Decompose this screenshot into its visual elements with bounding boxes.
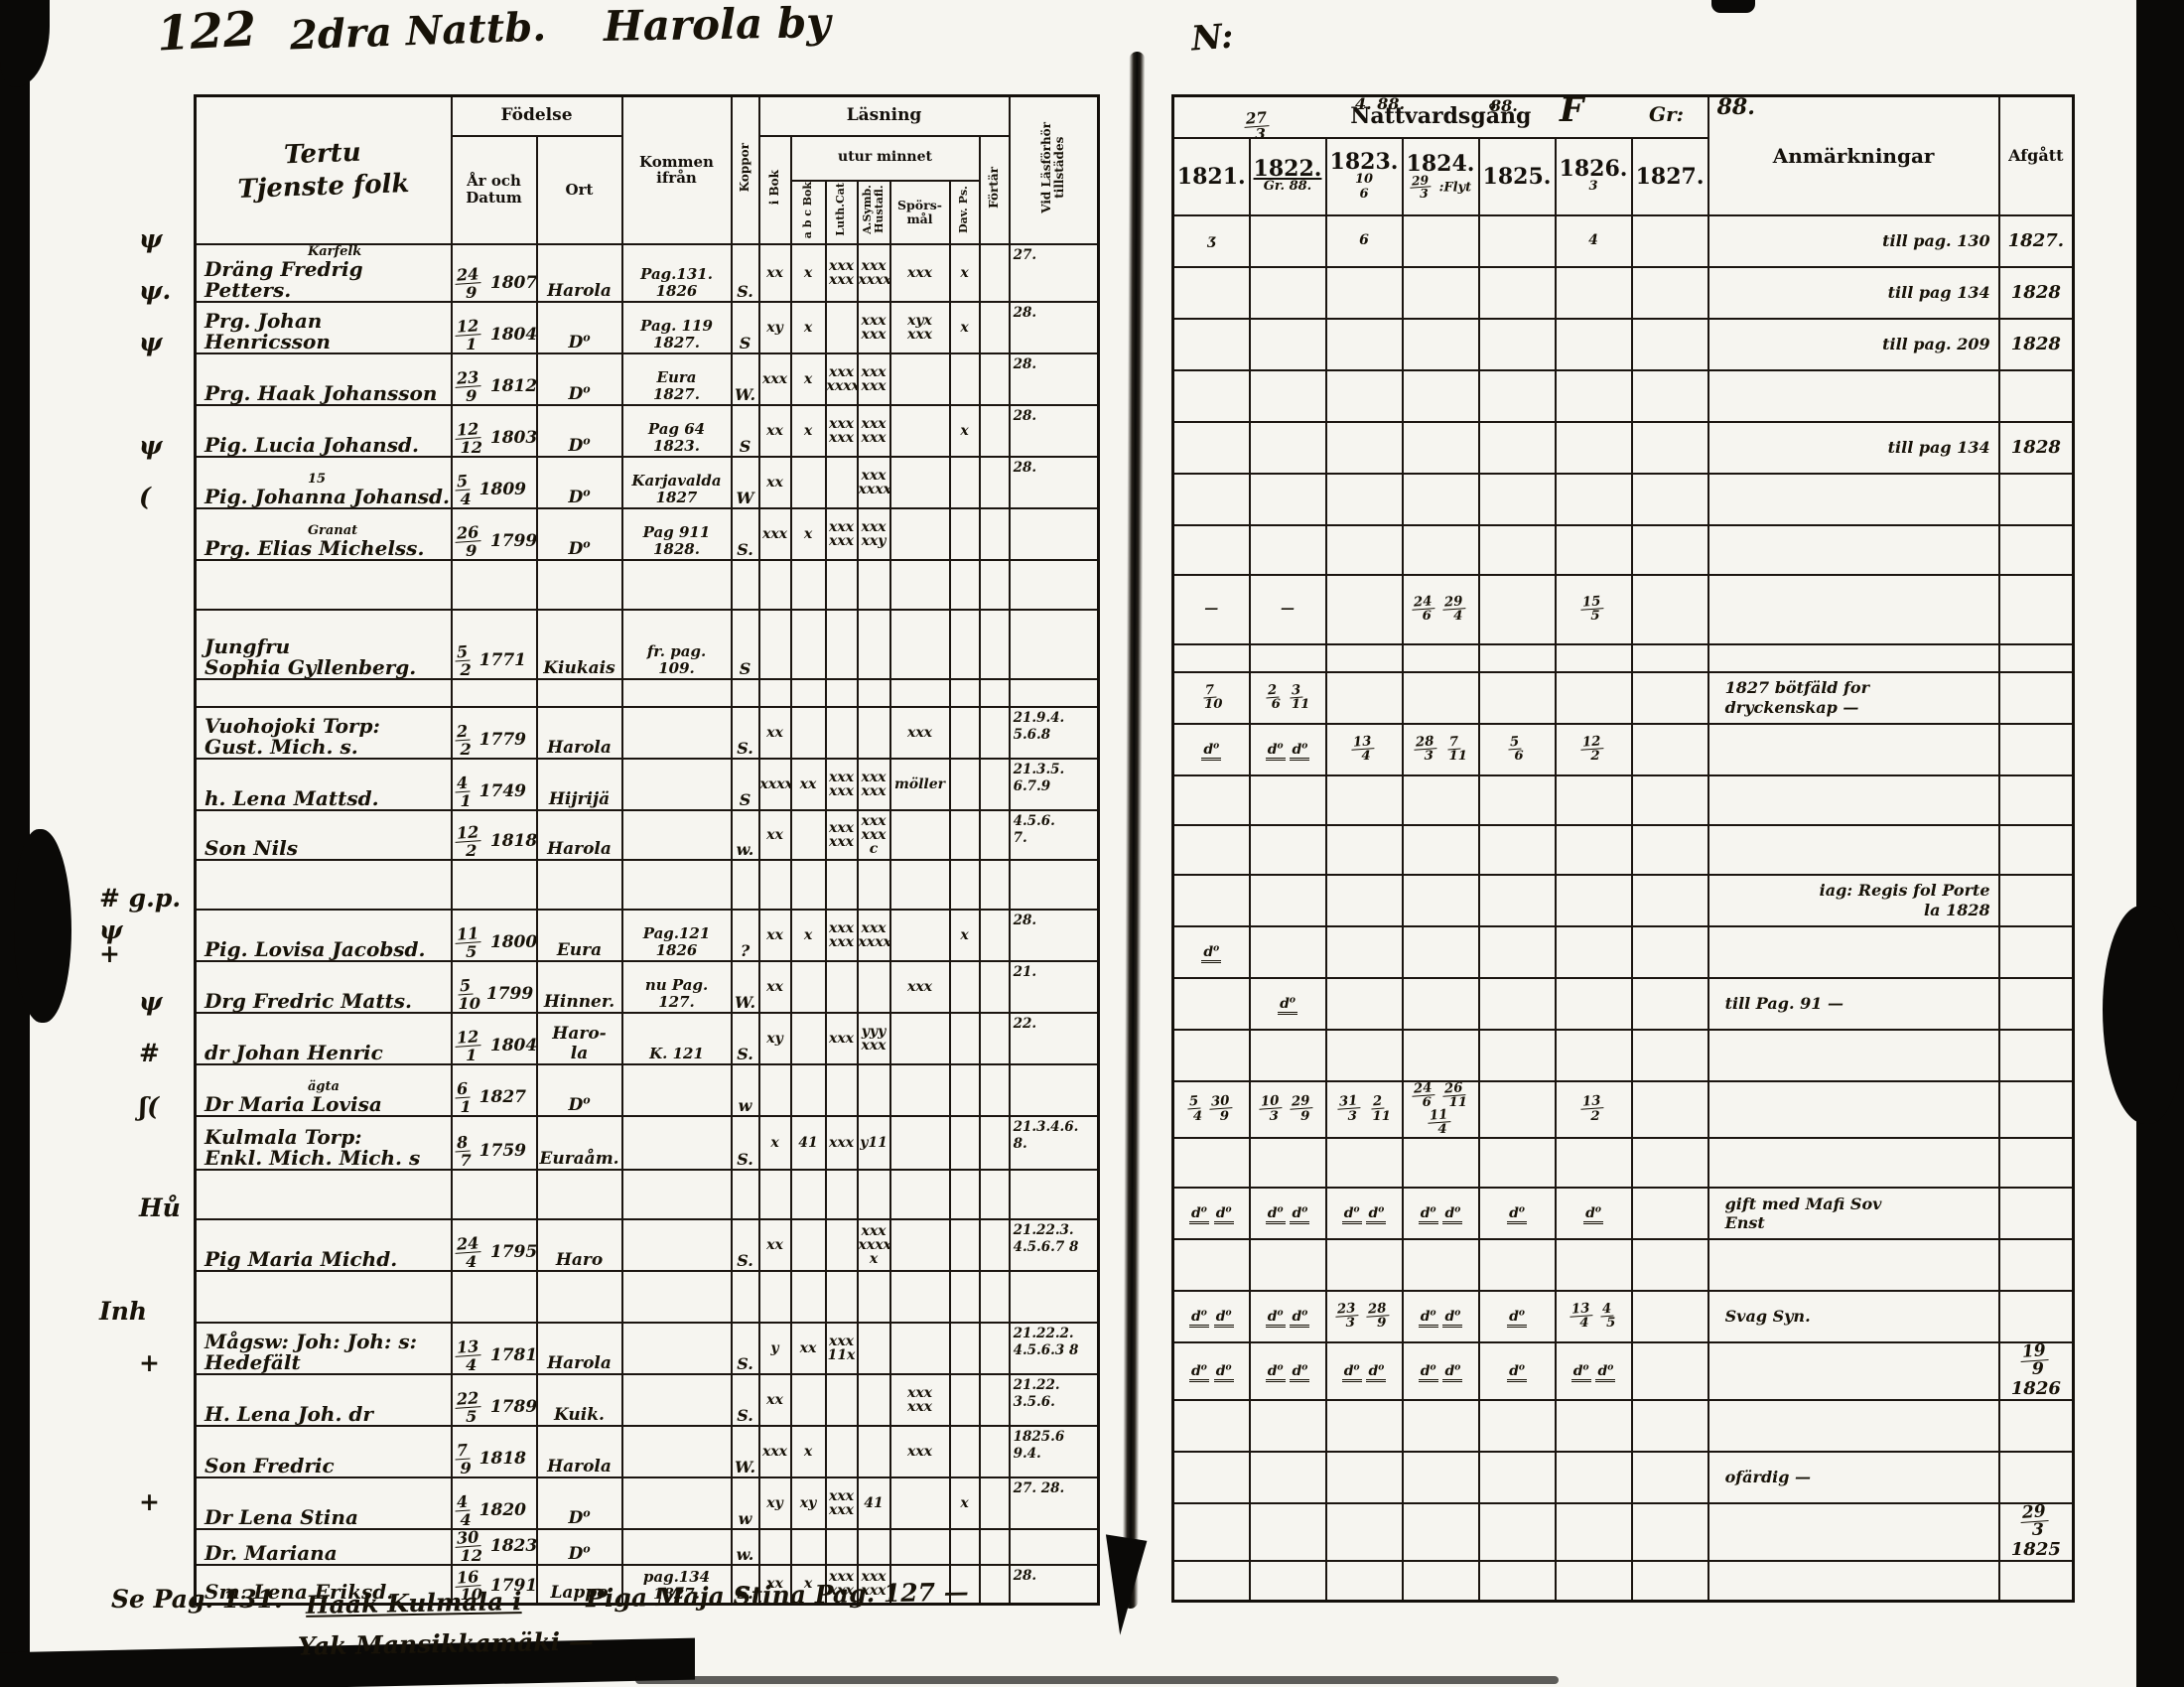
cell-communion-1824: [1403, 672, 1479, 724]
cell-abc-book: [791, 457, 826, 508]
cell-read-in-book: [759, 679, 791, 707]
cell-remark: [1708, 525, 1999, 575]
cell-davids-psalms: [950, 1374, 980, 1426]
cell-origin: Harola: [537, 1323, 622, 1374]
cell-communion-1826: 134 45: [1556, 1291, 1632, 1342]
cell-remark: [1708, 1342, 1999, 1400]
cell-questions: [890, 810, 950, 860]
cell-symbolum: yyyxxx: [858, 1013, 890, 1064]
table-row: do: [1173, 926, 2074, 978]
place-header: Ort: [537, 136, 622, 244]
table-row: [1173, 775, 2074, 825]
margin-mark: +: [139, 1351, 160, 1375]
cell-remark: [1708, 724, 1999, 775]
cell-came-from: [622, 679, 732, 707]
cell-came-from: [622, 1064, 732, 1116]
cell-communion-1827: [1632, 575, 1708, 644]
cell-communion-1823: [1326, 1503, 1403, 1561]
cell-came-from: [622, 1323, 732, 1374]
cell-read-in-book: xx: [759, 1374, 791, 1426]
cell-communion-1824: 246 294: [1403, 575, 1479, 644]
cell-read-in-book: xy: [759, 302, 791, 353]
cell-came-from: [622, 1116, 732, 1170]
cell-remark: [1708, 575, 1999, 644]
left-page-table: Tertu Tjenste folk Födelse Kommen ifrån …: [194, 94, 1097, 1568]
cell-came-from: [622, 1170, 732, 1219]
cell-abc-book: xx: [791, 1323, 826, 1374]
cell-departed: 199 1826: [1999, 1342, 2074, 1400]
cell-communion-1826: [1556, 775, 1632, 825]
cell-luther-cat: xxxxxx: [826, 405, 858, 457]
cell-name: Vuohojoki Torp:Gust. Mich. s.: [196, 707, 452, 759]
cell-davids-psalms: [950, 1271, 980, 1323]
cell-communion-1824: [1403, 875, 1479, 926]
cell-attendance: 28.: [1010, 302, 1099, 353]
cell-fortar: [980, 1477, 1010, 1529]
cell-fortar: [980, 1064, 1010, 1116]
table-row: dotill Pag. 91 —: [1173, 978, 2074, 1030]
cell-origin: Harola: [537, 244, 622, 302]
cell-departed: [1999, 1081, 2074, 1138]
cell-attendance: 21.22.3.5.6.: [1010, 1374, 1099, 1426]
by-heart-header: utur minnet: [791, 136, 980, 181]
cell-communion-1827: [1632, 1030, 1708, 1081]
cell-fortar: [980, 1116, 1010, 1170]
margin-mark: ψ: [139, 990, 163, 1014]
cell-birthdate: 54 1809: [452, 457, 537, 508]
cell-read-in-book: xy: [759, 1477, 791, 1529]
cell-luther-cat: xxxxxx: [826, 508, 858, 560]
cell-smallpox: W: [732, 457, 759, 508]
cell-read-in-book: xx: [759, 244, 791, 302]
cell-symbolum: [858, 707, 890, 759]
cell-smallpox: w: [732, 1064, 759, 1116]
table-row: [1173, 1239, 2074, 1291]
cell-departed: [1999, 370, 2074, 422]
cell-communion-1822: do: [1250, 978, 1326, 1030]
cell-communion-1823: [1326, 1239, 1403, 1291]
cell-communion-1826: [1556, 267, 1632, 319]
cell-communion-1822: [1250, 1138, 1326, 1188]
cell-name: [196, 860, 452, 910]
cell-communion-1822: 26 311: [1250, 672, 1326, 724]
cell-communion-1822: [1250, 422, 1326, 474]
cell-communion-1826: 132: [1556, 1081, 1632, 1138]
cell-came-from: [622, 560, 732, 610]
cell-luther-cat: [826, 1170, 858, 1219]
cell-attendance: [1010, 610, 1099, 679]
table-row: Prg. Haak Johansson239 1812DoEura1827.W.…: [196, 353, 1099, 405]
cell-symbolum: [858, 1374, 890, 1426]
cell-communion-1826: [1556, 370, 1632, 422]
scribble-script_f: F: [1560, 96, 1583, 130]
cell-fortar: [980, 961, 1010, 1013]
cell-read-in-book: xxx: [759, 1426, 791, 1477]
cell-attendance: 21.3.5.6.7.9: [1010, 759, 1099, 810]
cell-communion-1823: [1326, 525, 1403, 575]
cell-questions: xxxxxx: [890, 1374, 950, 1426]
cell-communion-1825: [1479, 267, 1556, 319]
cell-name: Kulmala Torp:Enkl. Mich. Mich. s: [196, 1116, 452, 1170]
cell-davids-psalms: [950, 1426, 980, 1477]
cell-fortar: [980, 810, 1010, 860]
cell-departed: [1999, 1452, 2074, 1503]
table-row: ägtaDr Maria Lovisa61 1827Dow: [196, 1064, 1099, 1116]
cell-came-from: [622, 1426, 732, 1477]
cell-communion-1826: [1556, 1400, 1632, 1452]
cell-communion-1825: [1479, 1400, 1556, 1452]
cell-communion-1826: [1556, 672, 1632, 724]
cell-name: Dr. Mariana: [196, 1529, 452, 1565]
cell-communion-1826: [1556, 1561, 1632, 1601]
book-fold-gutter: [1123, 52, 1146, 1609]
cell-communion-1824: [1403, 525, 1479, 575]
scan-top-mark: [1711, 0, 1755, 13]
cell-origin: Kiukais: [537, 610, 622, 679]
table-row: [1173, 1400, 2074, 1452]
cell-davids-psalms: x: [950, 1477, 980, 1529]
cell-communion-1822: [1250, 370, 1326, 422]
cell-luther-cat: xxx: [826, 1116, 858, 1170]
cell-birthdate: 121 1804: [452, 1013, 537, 1064]
cell-abc-book: x: [791, 353, 826, 405]
abc-book-header: a b c Bok: [791, 181, 826, 244]
cell-origin: Do: [537, 405, 622, 457]
household-examination-table: Tertu Tjenste folk Födelse Kommen ifrån …: [194, 94, 1100, 1606]
cell-remark: till pag. 209: [1708, 319, 1999, 370]
cell-birthdate: 115 1800: [452, 910, 537, 961]
cell-luther-cat: [826, 1529, 858, 1565]
cell-communion-1825: [1479, 575, 1556, 644]
year-date-header: År och Datum: [452, 136, 537, 244]
cell-communion-1822: [1250, 1503, 1326, 1561]
table-row: do dodo do233 289do dodo134 45Svag Syn.: [1173, 1291, 2074, 1342]
cell-abc-book: [791, 707, 826, 759]
margin-mark: ψ +: [99, 918, 123, 966]
cell-communion-1821: [1173, 1452, 1250, 1503]
cell-came-from: [622, 759, 732, 810]
cell-read-in-book: xxx: [759, 508, 791, 560]
cell-communion-1827: [1632, 978, 1708, 1030]
cell-read-in-book: xx: [759, 457, 791, 508]
cell-read-in-book: [759, 560, 791, 610]
cell-birthdate: [452, 679, 537, 707]
margin-mark: ψ.: [139, 279, 171, 303]
cell-birthdate: [452, 1170, 537, 1219]
cell-smallpox: [732, 1271, 759, 1323]
cell-abc-book: [791, 1219, 826, 1271]
cell-origin: [537, 560, 622, 610]
cell-remark: [1708, 644, 1999, 672]
cell-luther-cat: xxx: [826, 1013, 858, 1064]
cell-origin: Kuik.: [537, 1374, 622, 1426]
cell-questions: [890, 1219, 950, 1271]
cell-communion-1823: do do: [1326, 1188, 1403, 1239]
cell-departed: [1999, 875, 2074, 926]
cell-symbolum: xxxxxx: [858, 759, 890, 810]
cell-communion-1827: [1632, 1291, 1708, 1342]
cell-departed: [1999, 1561, 2074, 1601]
cell-communion-1827: [1632, 1561, 1708, 1601]
cell-departed: [1999, 672, 2074, 724]
cell-communion-1825: [1479, 215, 1556, 267]
cell-luther-cat: xxxxxx: [826, 1477, 858, 1529]
cell-name: Son Fredric: [196, 1426, 452, 1477]
cell-attendance: 28.: [1010, 353, 1099, 405]
cell-communion-1826: [1556, 1452, 1632, 1503]
cell-communion-1826: [1556, 644, 1632, 672]
cell-came-from: Pag. 1191827.: [622, 302, 732, 353]
cell-fortar: [980, 1170, 1010, 1219]
cell-communion-1822: [1250, 1452, 1326, 1503]
fortar-header: Förtär: [980, 136, 1010, 244]
cell-attendance: 21.22.3.4.5.6.7 8: [1010, 1219, 1099, 1271]
table-row: ʒ64till pag. 1301827.: [1173, 215, 2074, 267]
cell-questions: [890, 610, 950, 679]
birth-header: Födelse: [452, 96, 622, 136]
cell-birthdate: 52 1771: [452, 610, 537, 679]
cell-origin: [537, 679, 622, 707]
margin-mark: #: [139, 1042, 160, 1065]
cell-came-from: Pag.131.1826: [622, 244, 732, 302]
cell-questions: [890, 1323, 950, 1374]
cell-communion-1826: [1556, 525, 1632, 575]
cell-questions: [890, 910, 950, 961]
cell-fortar: [980, 610, 1010, 679]
cell-communion-1825: [1479, 319, 1556, 370]
cell-communion-1823: [1326, 1138, 1403, 1188]
cell-communion-1822: do do: [1250, 1342, 1326, 1400]
cell-attendance: 21.9.4.5.6.8: [1010, 707, 1099, 759]
cell-name: ägtaDr Maria Lovisa: [196, 1064, 452, 1116]
table-row: till pag 1341828: [1173, 267, 2074, 319]
cell-communion-1822: [1250, 1561, 1326, 1601]
cell-communion-1822: 103 299: [1250, 1081, 1326, 1138]
cell-birthdate: 239 1812: [452, 353, 537, 405]
cell-luther-cat: [826, 961, 858, 1013]
year-column-header-1827: 1827.: [1632, 138, 1708, 215]
cell-communion-1821: [1173, 1138, 1250, 1188]
cell-departed: [1999, 644, 2074, 672]
cell-communion-1824: [1403, 978, 1479, 1030]
cell-name: Pig. Lovisa Jacobsd.: [196, 910, 452, 961]
cell-read-in-book: xx: [759, 910, 791, 961]
cell-remark: ofärdig —: [1708, 1452, 1999, 1503]
cell-came-from: [622, 860, 732, 910]
cell-fortar: [980, 353, 1010, 405]
cell-remark: 1827 bötfäld fordryckenskap —: [1708, 672, 1999, 724]
cell-communion-1826: [1556, 319, 1632, 370]
cell-origin: Haro-la: [537, 1013, 622, 1064]
cell-remark: gift med Mafi SovEnst: [1708, 1188, 1999, 1239]
cell-departed: [1999, 1138, 2074, 1188]
cell-questions: [890, 560, 950, 610]
table-row: GranatPrg. Elias Michelss.269 1799DoPag …: [196, 508, 1099, 560]
cell-symbolum: xxxxxx: [858, 302, 890, 353]
cell-communion-1824: do do: [1403, 1342, 1479, 1400]
cell-name: [196, 679, 452, 707]
cell-communion-1825: [1479, 1452, 1556, 1503]
page-number: 122: [156, 1, 258, 62]
table-row: Kulmala Torp:Enkl. Mich. Mich. s87 1759E…: [196, 1116, 1099, 1170]
bottom-note-see-page: Se Pag. 131.: [111, 1585, 283, 1614]
cell-birthdate: 249 1807: [452, 244, 537, 302]
cell-abc-book: x: [791, 508, 826, 560]
cell-communion-1825: [1479, 926, 1556, 978]
cell-remark: till pag. 130: [1708, 215, 1999, 267]
cell-fortar: [980, 707, 1010, 759]
cell-departed: 1828: [1999, 422, 2074, 474]
cell-communion-1826: [1556, 1030, 1632, 1081]
cell-questions: xyxxxx: [890, 302, 950, 353]
cell-abc-book: [791, 1374, 826, 1426]
cell-attendance: [1010, 860, 1099, 910]
cell-departed: 1827.: [1999, 215, 2074, 267]
cell-communion-1821: do do: [1173, 1291, 1250, 1342]
cell-came-from: [622, 810, 732, 860]
cell-communion-1825: 56: [1479, 724, 1556, 775]
cell-fortar: [980, 302, 1010, 353]
cell-origin: Do: [537, 508, 622, 560]
right-page-table: Nattvardsgång 2734. 88.88.FGr: 88. Anmär…: [1171, 94, 2072, 1568]
corner-scribble: 88.: [1717, 96, 1755, 120]
table-row: KarfelkDräng Fredrig Petters.249 1807Har…: [196, 244, 1099, 302]
cell-origin: Euraåm.: [537, 1116, 622, 1170]
cell-abc-book: x: [791, 302, 826, 353]
cell-came-from: [622, 1219, 732, 1271]
scan-bottom-hairline: [635, 1676, 1559, 1684]
cell-departed: 1828: [1999, 267, 2074, 319]
cell-communion-1824: 246 2611 114: [1403, 1081, 1479, 1138]
cell-communion-1823: [1326, 978, 1403, 1030]
margin-mark: ψ: [139, 227, 163, 251]
cell-departed: [1999, 1291, 2074, 1342]
cell-fortar: [980, 910, 1010, 961]
remarks-header: 88. Anmärkningar: [1708, 96, 1999, 215]
cell-fortar: [980, 679, 1010, 707]
cell-birthdate: 134 1781: [452, 1323, 537, 1374]
cell-name: JungfruSophia Gyllenberg.: [196, 610, 452, 679]
table-row: Pig Maria Michd.244 1795HaroS.xxxxxxxxx …: [196, 1219, 1099, 1271]
cell-communion-1826: do: [1556, 1188, 1632, 1239]
cell-communion-1823: [1326, 319, 1403, 370]
table-row: Drg Fredric Matts.510 1799Hinner.nu Pag.…: [196, 961, 1099, 1013]
cell-symbolum: [858, 860, 890, 910]
cell-smallpox: S.: [732, 1116, 759, 1170]
cell-communion-1827: [1632, 926, 1708, 978]
cell-communion-1823: [1326, 422, 1403, 474]
year-column-header-1826: 1826.3: [1556, 138, 1632, 215]
cell-came-from: [622, 707, 732, 759]
cell-remark: [1708, 1138, 1999, 1188]
cell-communion-1826: [1556, 1138, 1632, 1188]
table-row: [196, 860, 1099, 910]
cell-name: Dr Lena Stina: [196, 1477, 452, 1529]
cell-smallpox: S.: [732, 244, 759, 302]
cell-origin: [537, 1271, 622, 1323]
cell-questions: [890, 457, 950, 508]
cell-name: H. Lena Joh. dr: [196, 1374, 452, 1426]
cell-remark: [1708, 1503, 1999, 1561]
cell-smallpox: [732, 560, 759, 610]
cell-communion-1827: [1632, 724, 1708, 775]
cell-davids-psalms: [950, 1529, 980, 1565]
cell-communion-1821: do do: [1173, 1342, 1250, 1400]
cell-origin: [537, 1170, 622, 1219]
cell-abc-book: [791, 961, 826, 1013]
cell-communion-1824: [1403, 1138, 1479, 1188]
cell-abc-book: x: [791, 910, 826, 961]
cell-communion-1825: [1479, 370, 1556, 422]
cell-smallpox: W.: [732, 353, 759, 405]
cell-davids-psalms: [950, 961, 980, 1013]
cell-communion-1822: [1250, 1400, 1326, 1452]
cell-attendance: 22.: [1010, 1013, 1099, 1064]
cell-read-in-book: xy: [759, 1013, 791, 1064]
cell-symbolum: y11: [858, 1116, 890, 1170]
cell-smallpox: [732, 860, 759, 910]
cell-attendance: 28.: [1010, 910, 1099, 961]
cell-communion-1823: [1326, 644, 1403, 672]
cell-departed: [1999, 474, 2074, 525]
cell-birthdate: 79 1818: [452, 1426, 537, 1477]
cell-fortar: [980, 759, 1010, 810]
cell-birthdate: 87 1759: [452, 1116, 537, 1170]
cell-origin: Do: [537, 1529, 622, 1565]
cell-smallpox: S.: [732, 1323, 759, 1374]
table-row: 293 1825: [1173, 1503, 2074, 1561]
cell-communion-1826: [1556, 825, 1632, 875]
bottom-note-piga: Piga Maja Stina Pag. 127 —: [586, 1578, 969, 1614]
cell-communion-1823: [1326, 575, 1403, 644]
cell-departed: [1999, 775, 2074, 825]
cell-fortar: [980, 860, 1010, 910]
cell-communion-1827: [1632, 1452, 1708, 1503]
cell-communion-1826: [1556, 1503, 1632, 1561]
cell-communion-1822: [1250, 775, 1326, 825]
table-row: Son Nils122 1818Harolaw.xxxxxxxxxxx xxx …: [196, 810, 1099, 860]
cell-communion-1823: [1326, 875, 1403, 926]
cell-name: Prg. Haak Johansson: [196, 353, 452, 405]
cell-origin: Haro: [537, 1219, 622, 1271]
cell-name: Pig. Lucia Johansd.: [196, 405, 452, 457]
cell-smallpox: W.: [732, 1426, 759, 1477]
cell-davids-psalms: [950, 1170, 980, 1219]
cell-birthdate: 22 1779: [452, 707, 537, 759]
cell-symbolum: xxxxxxx: [858, 910, 890, 961]
cell-communion-1821: [1173, 875, 1250, 926]
cell-communion-1823: [1326, 775, 1403, 825]
cell-departed: 293 1825: [1999, 1503, 2074, 1561]
cell-luther-cat: [826, 302, 858, 353]
cell-communion-1827: [1632, 474, 1708, 525]
cell-davids-psalms: x: [950, 244, 980, 302]
cell-communion-1821: [1173, 474, 1250, 525]
cell-birthdate: 44 1820: [452, 1477, 537, 1529]
cell-communion-1824: do do: [1403, 1291, 1479, 1342]
cell-communion-1824: [1403, 1503, 1479, 1561]
cell-read-in-book: [759, 610, 791, 679]
table-row: JungfruSophia Gyllenberg.52 1771Kiukaisf…: [196, 610, 1099, 679]
cell-fortar: [980, 508, 1010, 560]
cell-communion-1825: [1479, 1239, 1556, 1291]
cell-communion-1823: 134: [1326, 724, 1403, 775]
cell-abc-book: [791, 610, 826, 679]
cell-read-in-book: x: [759, 1116, 791, 1170]
cell-communion-1821: [1173, 525, 1250, 575]
cell-questions: [890, 860, 950, 910]
cell-smallpox: S: [732, 405, 759, 457]
